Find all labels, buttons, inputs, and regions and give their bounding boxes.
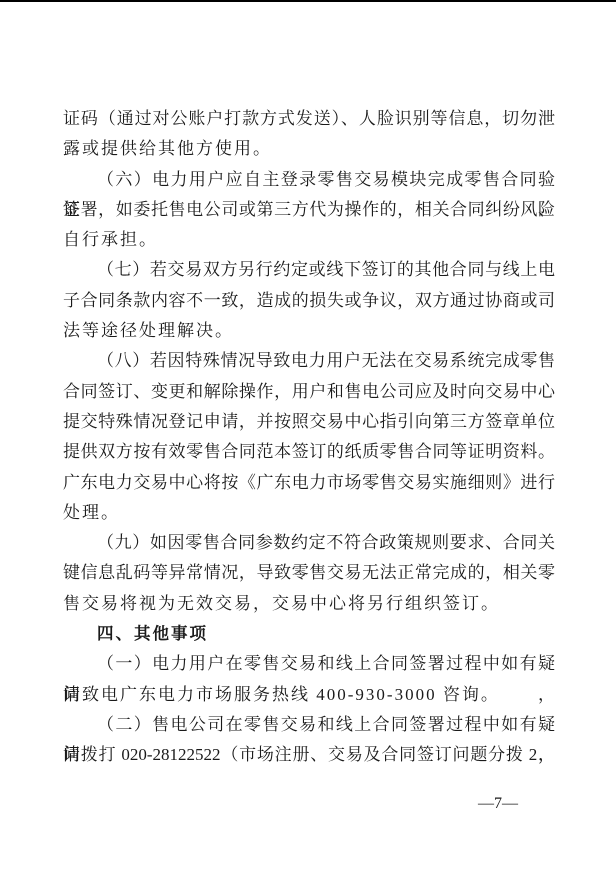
text-line: 自行承担。 bbox=[63, 225, 555, 255]
text-line: 售交易将视为无效交易，交易中心将另行组织签订。 bbox=[63, 589, 555, 619]
text-line: （八）若因特殊情况导致电力用户无法在交易系统完成零售 bbox=[63, 346, 555, 376]
text-line: 法等途径处理解决。 bbox=[63, 316, 555, 346]
text-line: 露或提供给其他方使用。 bbox=[63, 134, 555, 164]
page-top-edge-line bbox=[0, 0, 616, 2]
text-line: 证码（通过对公账户打款方式发送）、人脸识别等信息，切勿泄 bbox=[63, 104, 555, 134]
text-line: （二）售电公司在零售交易和线上合同签署过程中如有疑问， bbox=[63, 710, 555, 740]
text-line: 广东电力交易中心将按《广东电力市场零售交易实施细则》进行 bbox=[63, 468, 555, 498]
text-line: 签署，如委托售电公司或第三方代为操作的，相关合同纠纷风险 bbox=[63, 195, 555, 225]
text-line: 合同签订、变更和解除操作，用户和售电公司应及时向交易中心 bbox=[63, 377, 555, 407]
page-number: —7— bbox=[478, 795, 538, 813]
section-heading: 四、其他事项 bbox=[63, 619, 555, 649]
text-line: （一）电力用户在零售交易和线上合同签署过程中如有疑问， bbox=[63, 649, 555, 679]
text-line: 键信息乱码等异常情况，导致零售交易无法正常完成的，相关零 bbox=[63, 558, 555, 588]
text-line: 处理。 bbox=[63, 498, 555, 528]
text-line: 提供双方按有效零售合同范本签订的纸质零售合同等证明资料。 bbox=[63, 437, 555, 467]
text-line: 请致电广东电力市场服务热线 400-930-3000 咨询。 bbox=[63, 680, 555, 710]
text-line: 提交特殊情况登记申请，并按照交易中心指引向第三方签章单位 bbox=[63, 407, 555, 437]
document-page: 证码（通过对公账户打款方式发送）、人脸识别等信息，切勿泄 露或提供给其他方使用。… bbox=[0, 0, 616, 879]
text-block: 证码（通过对公账户打款方式发送）、人脸识别等信息，切勿泄 露或提供给其他方使用。… bbox=[63, 104, 555, 771]
text-line: （七）若交易双方另行约定或线下签订的其他合同与线上电 bbox=[63, 255, 555, 285]
text-line: 请拨打 020-28122522（市场注册、交易及合同签订问题分拨 2， bbox=[63, 740, 555, 770]
text-line: （九）如因零售合同参数约定不符合政策规则要求、合同关 bbox=[63, 528, 555, 558]
text-line: 子合同条款内容不一致，造成的损失或争议，双方通过协商或司 bbox=[63, 286, 555, 316]
text-line: （六）电力用户应自主登录零售交易模块完成零售合同验证、 bbox=[63, 165, 555, 195]
